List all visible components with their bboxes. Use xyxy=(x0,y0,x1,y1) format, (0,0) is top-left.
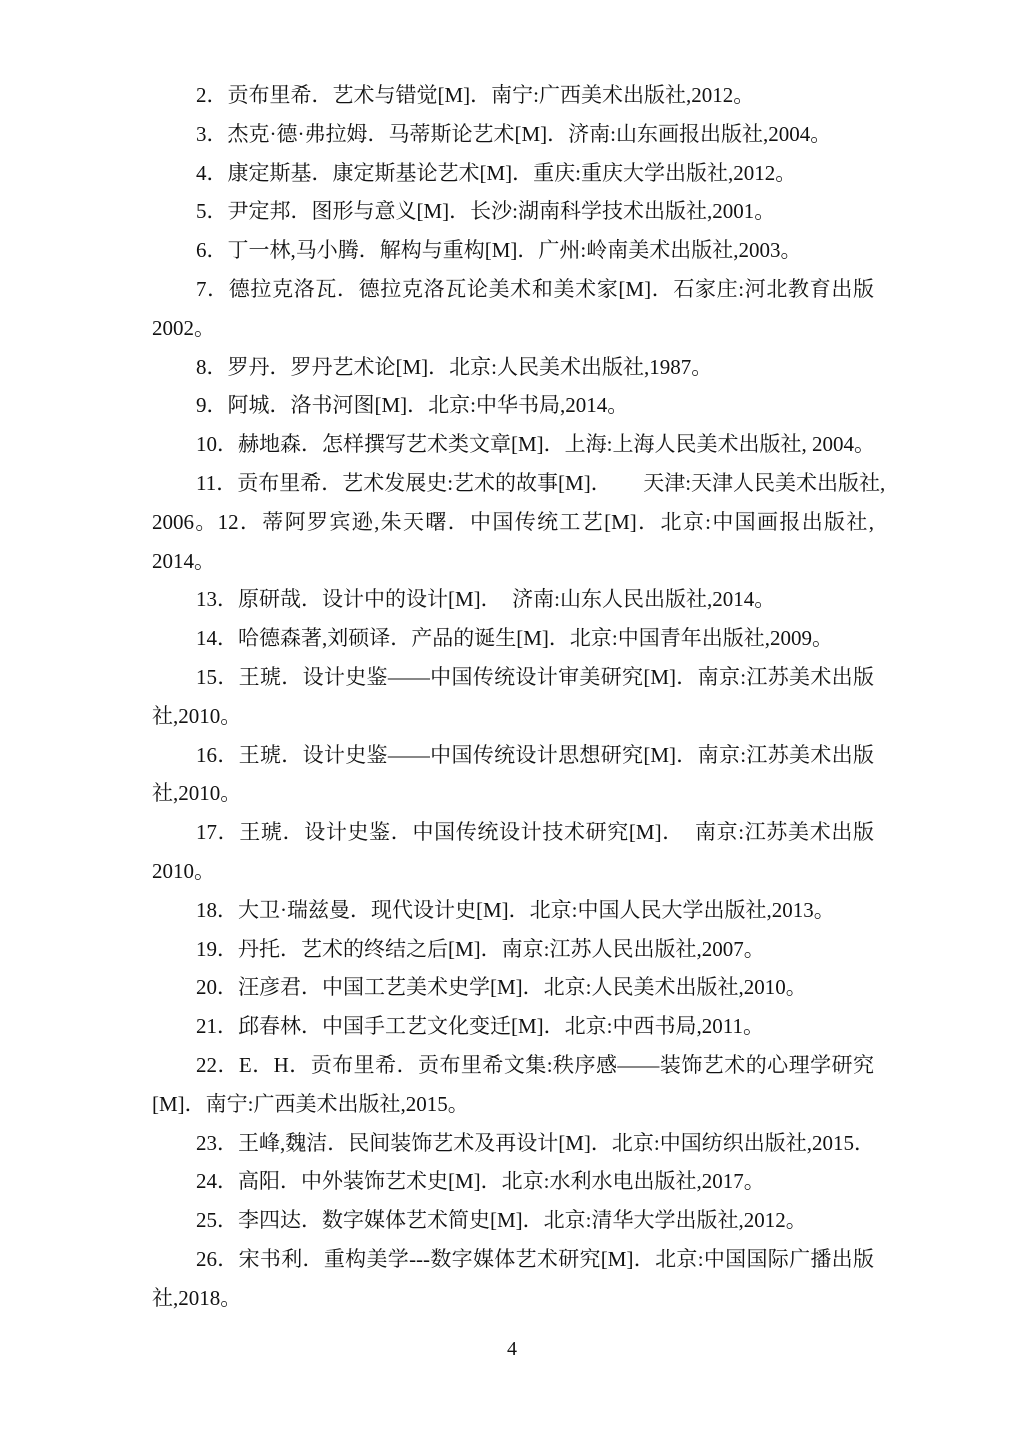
reference-line: 11．贡布里希．艺术发展史:艺术的故事[M]． 天津:天津人民美术出版社, xyxy=(152,464,874,503)
reference-line: 24．高阳．中外装饰艺术史[M]．北京:水利水电出版社,2017。 xyxy=(152,1162,874,1201)
page-number: 4 xyxy=(0,1338,1024,1361)
reference-line: 2002。 xyxy=(152,309,874,348)
reference-line: 2010。 xyxy=(152,852,874,891)
reference-line: 19．丹托．艺术的终结之后[M]．南京:江苏人民出版社,2007。 xyxy=(152,930,874,969)
reference-line: 5．尹定邦．图形与意义[M]．长沙:湖南科学技术出版社,2001。 xyxy=(152,192,874,231)
reference-line: 22．E．H．贡布里希．贡布里希文集:秩序感——装饰艺术的心理学研究 xyxy=(152,1046,874,1085)
reference-line: 13．原研哉．设计中的设计[M]． 济南:山东人民出版社,2014。 xyxy=(152,580,874,619)
reference-line: 15．王琥．设计史鉴——中国传统设计审美研究[M]．南京:江苏美术出版 xyxy=(152,658,874,697)
document-page: 2．贡布里希．艺术与错觉[M]．南宁:广西美术出版社,2012。3．杰克·德·弗… xyxy=(0,0,1024,1447)
reference-line: 17．王琥．设计史鉴．中国传统设计技术研究[M]． 南京:江苏美术出版社, xyxy=(152,813,874,852)
reference-line: 20．汪彦君．中国工艺美术史学[M]．北京:人民美术出版社,2010。 xyxy=(152,968,874,1007)
reference-line: 4．康定斯基．康定斯基论艺术[M]．重庆:重庆大学出版社,2012。 xyxy=(152,154,874,193)
reference-line: 26．宋书利．重构美学---数字媒体艺术研究[M]．北京:中国国际广播出版 xyxy=(152,1240,874,1279)
reference-line: 9．阿城．洛书河图[M]．北京:中华书局,2014。 xyxy=(152,386,874,425)
reference-line: 18．大卫·瑞兹曼．现代设计史[M]．北京:中国人民大学出版社,2013。 xyxy=(152,891,874,930)
reference-line: 2006。12．蒂阿罗宾逊,朱天曙．中国传统工艺[M]．北京:中国画报出版社, xyxy=(152,503,874,542)
reference-list: 2．贡布里希．艺术与错觉[M]．南宁:广西美术出版社,2012。3．杰克·德·弗… xyxy=(152,76,874,1318)
reference-line: 2014。 xyxy=(152,542,874,581)
reference-line: 社,2010。 xyxy=(152,774,874,813)
reference-line: 14．哈德森著,刘硕译．产品的诞生[M]．北京:中国青年出版社,2009。 xyxy=(152,619,874,658)
reference-line: [M]．南宁:广西美术出版社,2015。 xyxy=(152,1085,874,1124)
reference-line: 8．罗丹．罗丹艺术论[M]．北京:人民美术出版社,1987。 xyxy=(152,348,874,387)
reference-line: 7．德拉克洛瓦．德拉克洛瓦论美术和美术家[M]．石家庄:河北教育出版社, xyxy=(152,270,874,309)
reference-line: 6．丁一林,马小腾．解构与重构[M]．广州:岭南美术出版社,2003。 xyxy=(152,231,874,270)
reference-line: 10．赫地森．怎样撰写艺术类文章[M]．上海:上海人民美术出版社, 2004。 xyxy=(152,425,874,464)
reference-line: 16．王琥．设计史鉴——中国传统设计思想研究[M]．南京:江苏美术出版 xyxy=(152,736,874,775)
reference-line: 2．贡布里希．艺术与错觉[M]．南宁:广西美术出版社,2012。 xyxy=(152,76,874,115)
reference-line: 21．邱春林．中国手工艺文化变迁[M]．北京:中西书局,2011。 xyxy=(152,1007,874,1046)
reference-line: 25．李四达．数字媒体艺术简史[M]．北京:清华大学出版社,2012。 xyxy=(152,1201,874,1240)
reference-line: 3．杰克·德·弗拉姆．马蒂斯论艺术[M]．济南:山东画报出版社,2004。 xyxy=(152,115,874,154)
reference-line: 23．王峰,魏洁．民间装饰艺术及再设计[M]．北京:中国纺织出版社,2015． xyxy=(152,1124,874,1163)
reference-line: 社,2018。 xyxy=(152,1279,874,1318)
reference-line: 社,2010。 xyxy=(152,697,874,736)
